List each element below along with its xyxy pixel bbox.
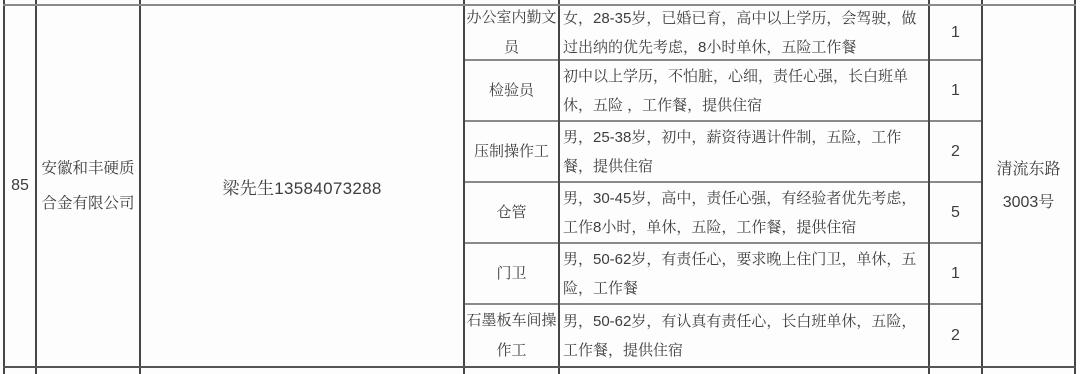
job-title-cell: 仓管 [465, 183, 558, 244]
row-number: 85 [11, 177, 29, 195]
requirements-column: 女，28-35岁，已婚已育，高中以上学历，会驾驶，做 过出纳的优先考虑，8小时单… [560, 6, 930, 366]
requirements-cell: 男，25-38岁，初中，薪资待遇计件制，五险，工作 餐，提供住宿 [560, 122, 928, 183]
job-title-column: 办公室内勤文 员 检验员 压制操作工 仓管 门卫 石墨板车间操 作工 [465, 6, 560, 366]
headcount-cell: 5 [930, 183, 981, 244]
headcount-column: 1 1 2 5 1 2 [930, 6, 983, 366]
requirements-cell: 女，28-35岁，已婚已育，高中以上学历，会驾驶，做 过出纳的优先考虑，8小时单… [560, 6, 928, 61]
company-address: 清流东路 3003号 [996, 153, 1060, 219]
headcount-cell: 1 [930, 61, 981, 122]
job-title-cell: 检验员 [465, 61, 558, 122]
company-name: 安徽和丰硬质 合金有限公司 [41, 151, 134, 221]
company-cell: 安徽和丰硬质 合金有限公司 [37, 6, 141, 366]
next-row-sliver [3, 368, 1076, 374]
contact-cell: 梁先生13584073288 [141, 6, 465, 366]
headcount-cell: 1 [930, 244, 981, 305]
job-listing-table: 85 安徽和丰硬质 合金有限公司 梁先生13584073288 办公室内勤文 员… [0, 0, 1080, 374]
requirements-cell: 初中以上学历，不怕脏，心细，责任心强，长白班单 休，五险 ，工作餐，提供住宿 [560, 61, 928, 122]
job-title-cell: 压制操作工 [465, 122, 558, 183]
requirements-cell: 男，30-45岁，高中，责任心强，有经验者优先考虑， 工作8小时，单休，五险，工… [560, 183, 928, 244]
requirements-cell: 男，50-62岁，有认真有责任心，长白班单休，五险， 工作餐，提供住宿 [560, 305, 928, 366]
headcount-cell: 2 [930, 122, 981, 183]
headcount-cell: 1 [930, 6, 981, 61]
address-cell: 清流东路 3003号 [983, 6, 1076, 366]
requirements-cell: 男，50-62岁，有责任心，要求晚上住门卫，单休，五 险，工作餐 [560, 244, 928, 305]
previous-row-sliver [3, 0, 1076, 4]
job-title-cell: 石墨板车间操 作工 [465, 305, 558, 366]
job-title-cell: 门卫 [465, 244, 558, 305]
job-title-cell: 办公室内勤文 员 [465, 6, 558, 61]
contact-name-phone: 梁先生13584073288 [222, 174, 381, 199]
headcount-cell: 2 [930, 305, 981, 366]
row-number-cell: 85 [3, 6, 37, 366]
company-row: 85 安徽和丰硬质 合金有限公司 梁先生13584073288 办公室内勤文 员… [3, 4, 1076, 368]
